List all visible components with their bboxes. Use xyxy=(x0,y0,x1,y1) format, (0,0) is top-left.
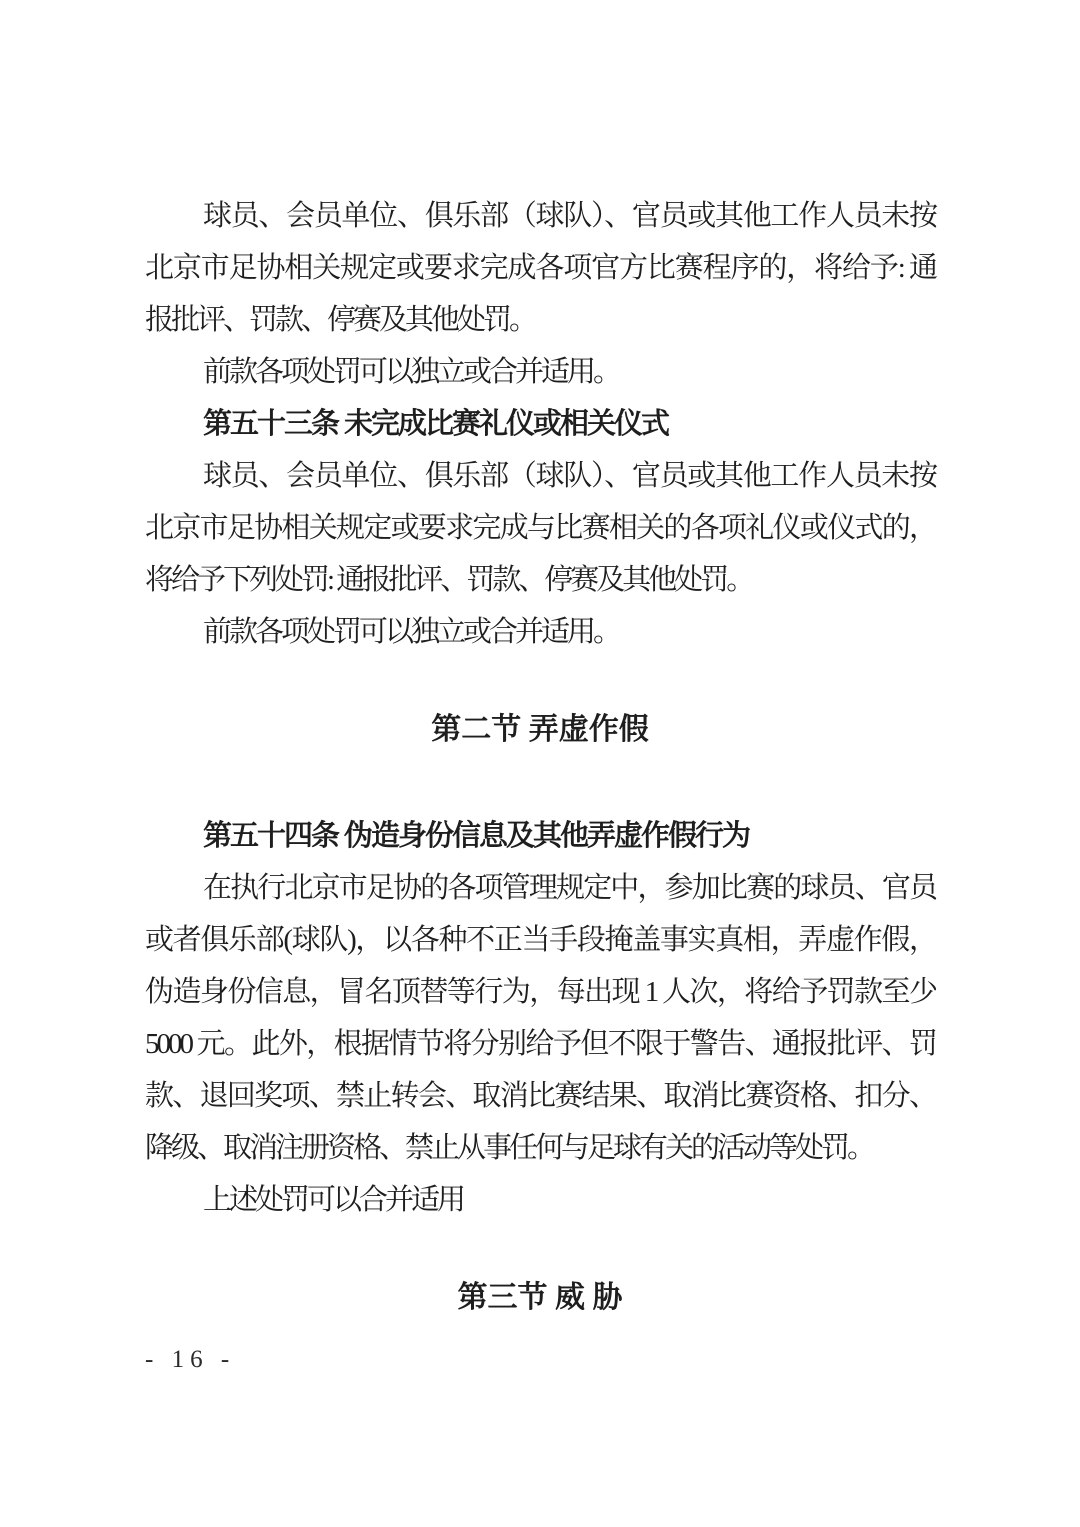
section-title: 第二节 弄虚作假 xyxy=(145,704,935,756)
body-line: 伪造身份信息，冒名顶替等行为，每出现 1 人次，将给予罚款至少 xyxy=(145,966,935,1018)
body-line: 5000 元。此外，根据情节将分别给予但不限于警告、通报批评、罚 xyxy=(145,1018,935,1070)
body-line: 球员、会员单位、俱乐部（球队）、官员或其他工作人员未按 xyxy=(145,450,935,502)
body-line: 北京市足协相关规定或要求完成与比赛相关的各项礼仪或仪式的， xyxy=(145,502,935,554)
body-line: 前款各项处罚可以独立或合并适用。 xyxy=(145,606,935,658)
article-heading: 第五十三条 未完成比赛礼仪或相关仪式 xyxy=(145,398,935,450)
body-line: 款、退回奖项、禁止转会、取消比赛结果、取消比赛资格、扣分、 xyxy=(145,1070,935,1122)
body-line: 降级、取消注册资格、禁止从事任何与足球有关的活动等处罚。 xyxy=(145,1122,935,1174)
body-line: 报批评、罚款、停赛及其他处罚。 xyxy=(145,294,935,346)
document-page: 球员、会员单位、俱乐部（球队）、官员或其他工作人员未按北京市足协相关规定或要求完… xyxy=(0,0,1080,1527)
page-number: - 16 - xyxy=(145,1344,235,1376)
body-line: 球员、会员单位、俱乐部（球队）、官员或其他工作人员未按 xyxy=(145,190,935,242)
section-title: 第三节 威 胁 xyxy=(145,1272,935,1324)
body-line: 前款各项处罚可以独立或合并适用。 xyxy=(145,346,935,398)
body-line: 在执行北京市足协的各项管理规定中，参加比赛的球员、官员 xyxy=(145,862,935,914)
article-heading: 第五十四条 伪造身份信息及其他弄虚作假行为 xyxy=(145,810,935,862)
document-content: 球员、会员单位、俱乐部（球队）、官员或其他工作人员未按北京市足协相关规定或要求完… xyxy=(145,190,935,1378)
body-line: 北京市足协相关规定或要求完成各项官方比赛程序的，将给予: 通 xyxy=(145,242,935,294)
body-line: 或者俱乐部(球队)，以各种不正当手段掩盖事实真相，弄虚作假， xyxy=(145,914,935,966)
body-line: 将给予下列处罚: 通报批评、罚款、停赛及其他处罚。 xyxy=(145,554,935,606)
body-line: 上述处罚可以合并适用 xyxy=(145,1174,935,1226)
